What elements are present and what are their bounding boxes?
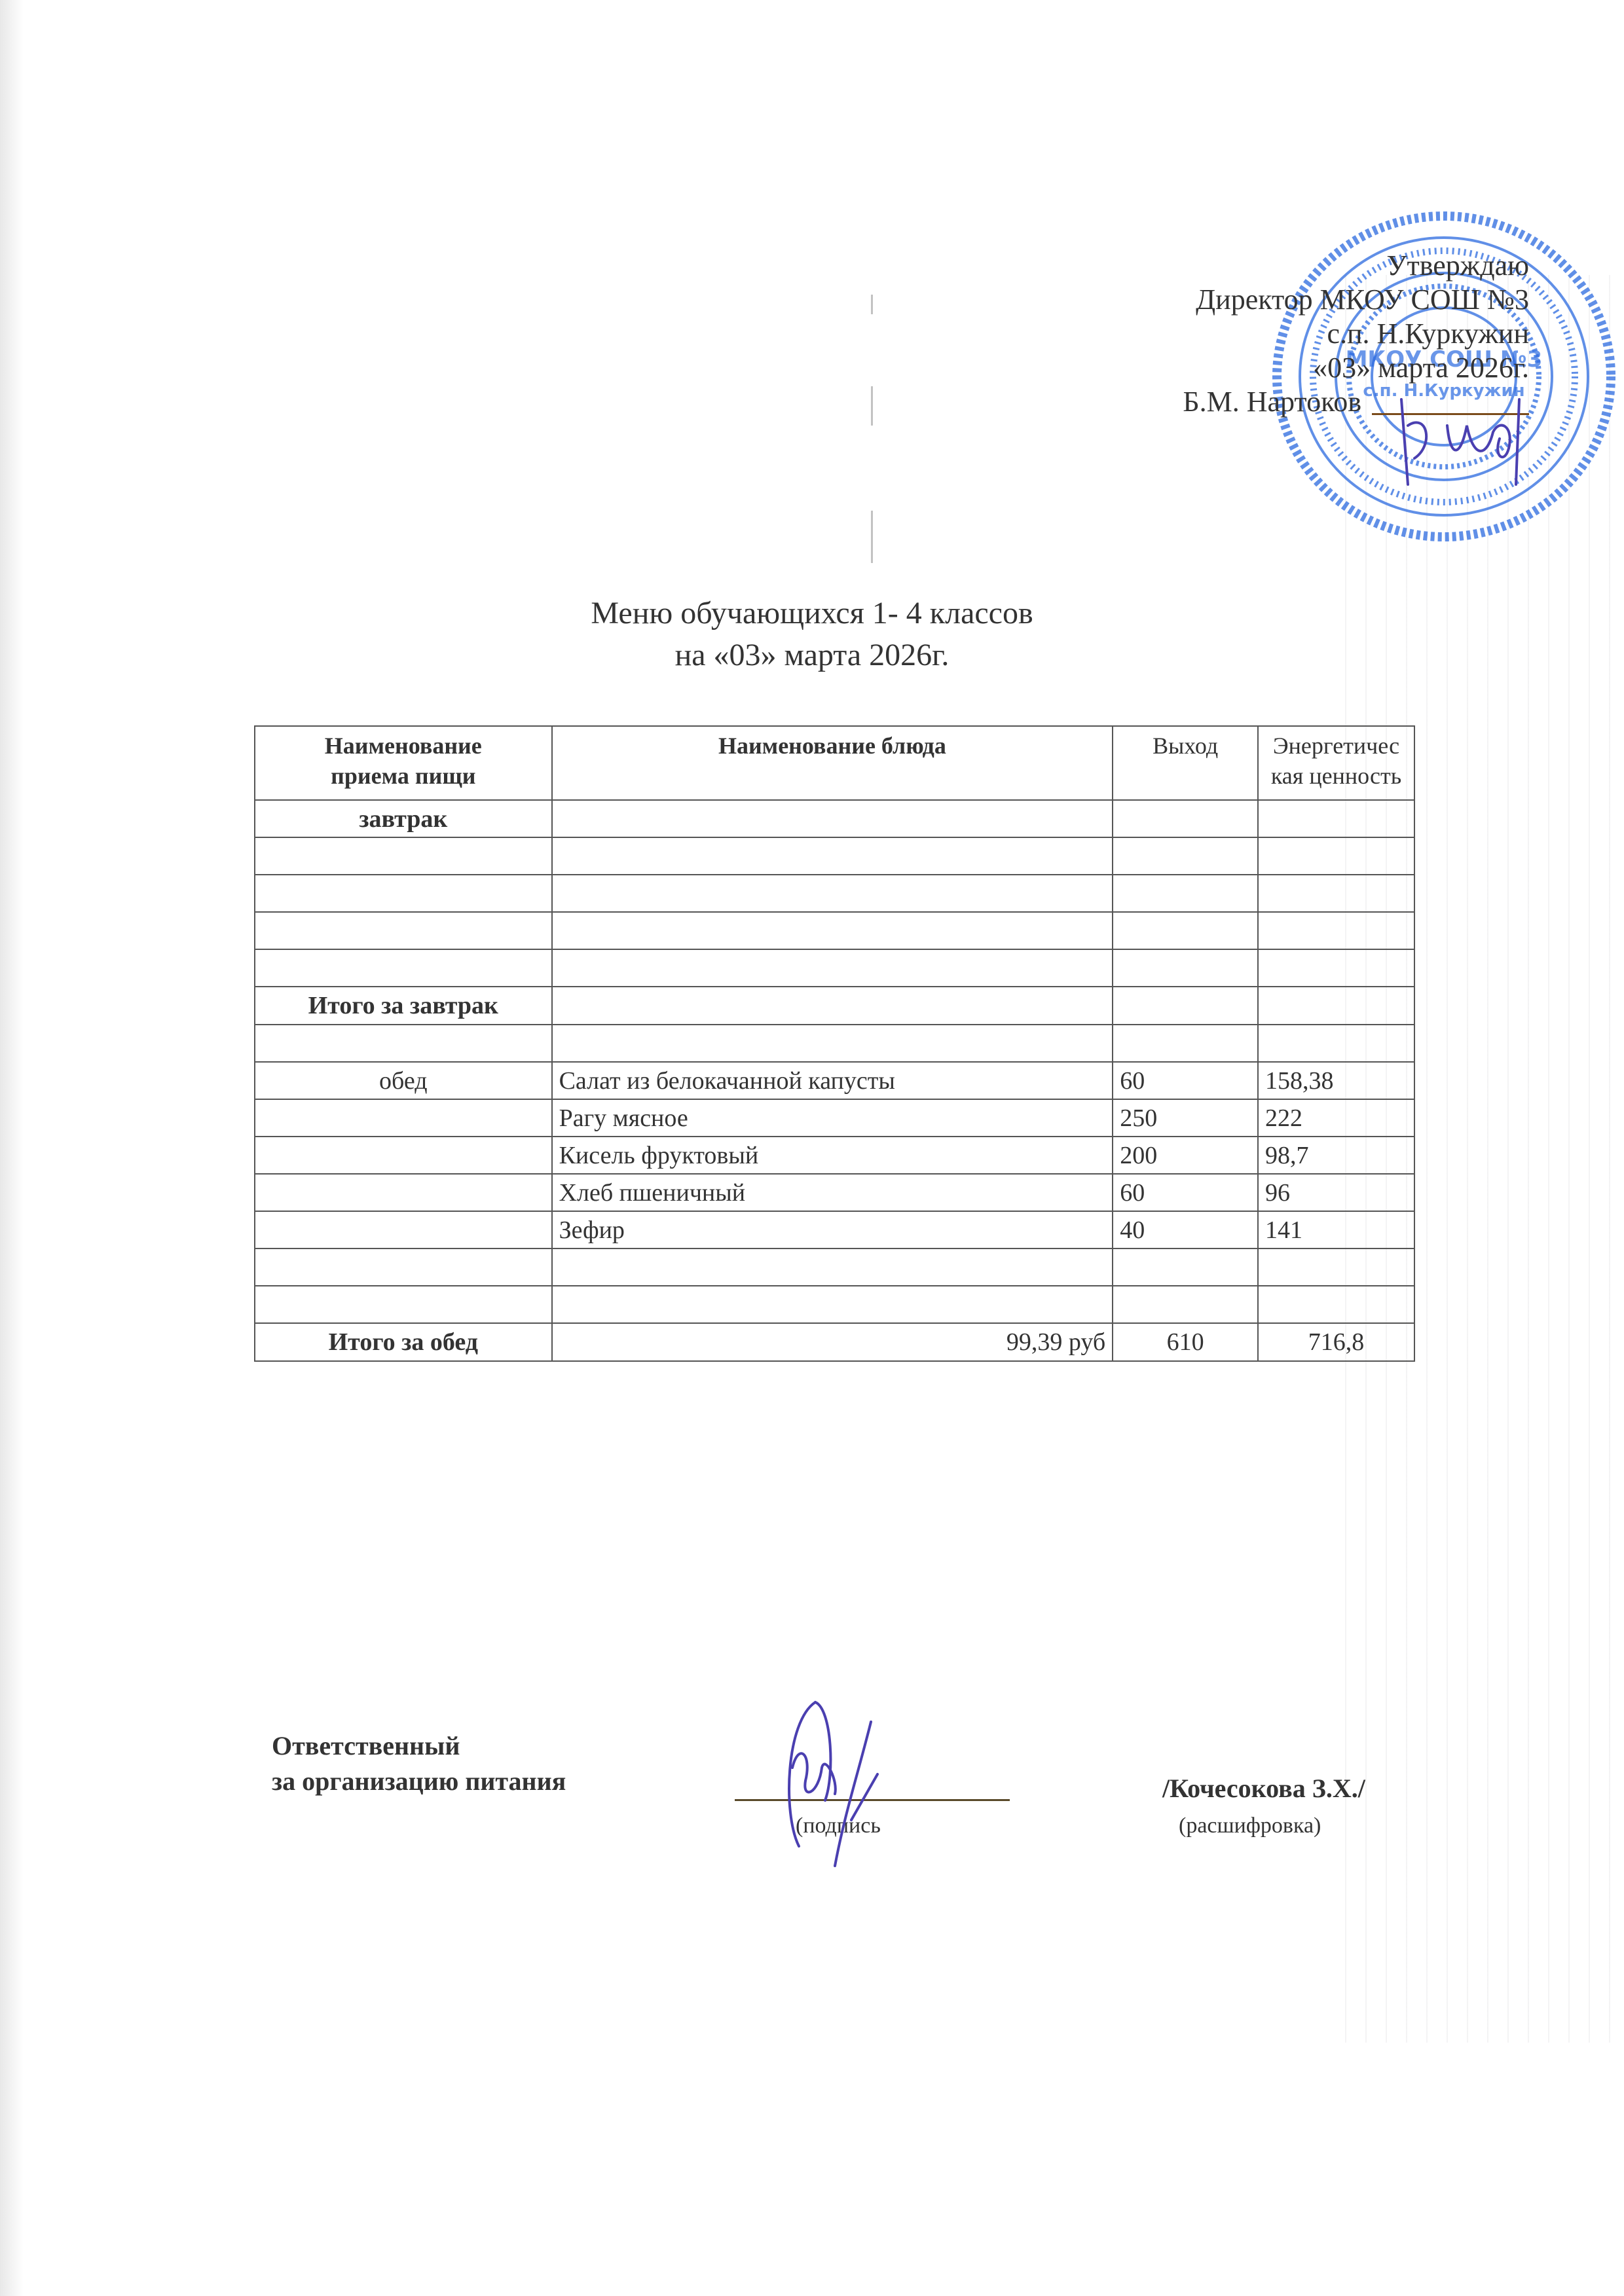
responsible-label: Ответственный за организацию питания	[272, 1728, 566, 1799]
header-output: Выход	[1113, 726, 1258, 800]
table-row	[255, 1025, 1414, 1062]
lunch-total-label: Итого за обед	[255, 1323, 552, 1361]
dish-cell: Хлеб пшеничный	[552, 1174, 1113, 1211]
fold-mark	[871, 386, 873, 426]
table-row: Хлеб пшеничный 60 96	[255, 1174, 1414, 1211]
document-title: Меню обучающихся 1- 4 классов на «03» ма…	[0, 592, 1624, 676]
approver-position: Директор МКОУ СОШ №3	[1071, 283, 1529, 317]
signature-line	[735, 1799, 1010, 1801]
fold-mark	[871, 295, 873, 314]
energy-cell: 96	[1258, 1174, 1414, 1211]
lunch-total-output: 610	[1113, 1323, 1258, 1361]
meal-breakfast-label: завтрак	[255, 800, 552, 837]
lunch-total-row: Итого за обед 99,39 руб 610 716,8	[255, 1323, 1414, 1361]
scan-edge	[0, 0, 24, 2296]
dish-cell: Салат из белокачанной капусты	[552, 1062, 1113, 1099]
table-row	[255, 1286, 1414, 1323]
lunch-total-energy: 716,8	[1258, 1323, 1414, 1361]
output-cell: 250	[1113, 1099, 1258, 1137]
dish-cell: Зефир	[552, 1211, 1113, 1248]
title-line-2: на «03» марта 2026г.	[0, 634, 1624, 676]
output-cell: 60	[1113, 1174, 1258, 1211]
breakfast-total-label: Итого за завтрак	[255, 987, 552, 1025]
table-row	[255, 949, 1414, 987]
approval-date: «03» марта 2026г.	[1071, 351, 1529, 385]
table-row	[255, 912, 1414, 949]
table-row	[255, 837, 1414, 875]
table-row: Рагу мясное 250 222	[255, 1099, 1414, 1137]
dish-cell	[552, 800, 1113, 837]
energy-cell: 222	[1258, 1099, 1414, 1137]
breakfast-total-row: Итого за завтрак	[255, 987, 1414, 1025]
meal-lunch-label: обед	[255, 1062, 552, 1099]
header-dish: Наименование блюда	[552, 726, 1113, 800]
output-cell: 60	[1113, 1062, 1258, 1099]
header-energy: Энергетическая ценность	[1258, 726, 1414, 800]
table-row: Зефир 40 141	[255, 1211, 1414, 1248]
table-header-row: Наименованиеприема пищи Наименование блю…	[255, 726, 1414, 800]
approval-block: Утверждаю Директор МКОУ СОШ №3 с.п. Н.Ку…	[1071, 249, 1529, 419]
energy-cell: 158,38	[1258, 1062, 1414, 1099]
table-row: завтрак	[255, 800, 1414, 837]
director-signature-line	[1372, 413, 1529, 415]
table-row	[255, 1248, 1414, 1286]
name-decode-caption: (расшифровка)	[1179, 1813, 1321, 1838]
lunch-total-price: 99,39 руб	[552, 1323, 1113, 1361]
responsible-signature	[773, 1696, 917, 1872]
header-meal: Наименованиеприема пищи	[255, 726, 552, 800]
menu-table: Наименованиеприема пищи Наименование блю…	[254, 725, 1415, 1362]
dish-cell: Кисель фруктовый	[552, 1137, 1113, 1174]
approver-settlement: с.п. Н.Куркужин	[1071, 317, 1529, 351]
director-name: Б.М. Нартоков	[1183, 386, 1361, 418]
signature-caption: (подпись	[796, 1813, 881, 1838]
table-row: обед Салат из белокачанной капусты 60 15…	[255, 1062, 1414, 1099]
table-row	[255, 875, 1414, 912]
energy-cell: 141	[1258, 1211, 1414, 1248]
dish-cell: Рагу мясное	[552, 1099, 1113, 1137]
output-cell: 40	[1113, 1211, 1258, 1248]
title-line-1: Меню обучающихся 1- 4 классов	[0, 592, 1624, 634]
fold-mark	[871, 511, 873, 563]
responsible-name: /Кочесокова З.Х./	[1162, 1773, 1365, 1804]
output-cell: 200	[1113, 1137, 1258, 1174]
table-row: Кисель фруктовый 200 98,7	[255, 1137, 1414, 1174]
output-cell	[1113, 800, 1258, 837]
approve-label: Утверждаю	[1071, 249, 1529, 283]
energy-cell	[1258, 800, 1414, 837]
energy-cell: 98,7	[1258, 1137, 1414, 1174]
